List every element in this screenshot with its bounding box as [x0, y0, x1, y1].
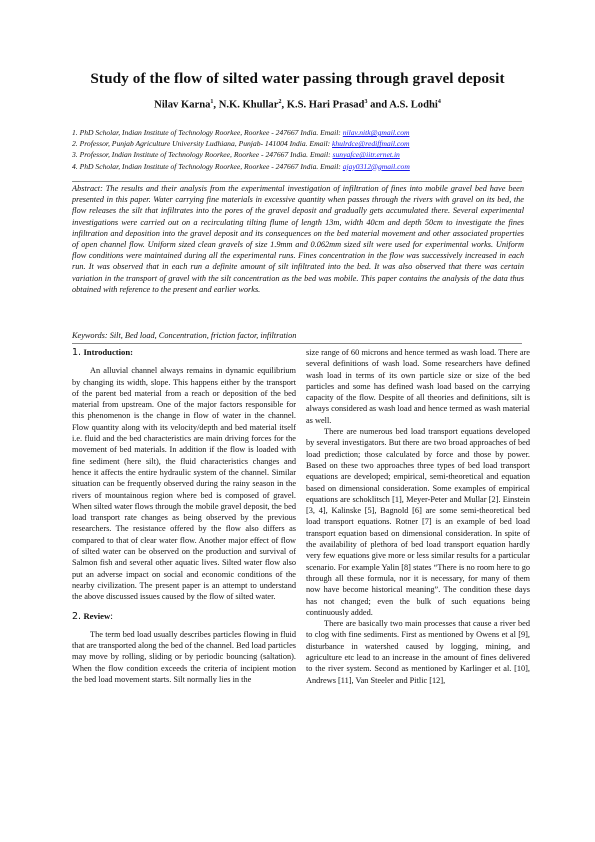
divider-bottom: [72, 343, 522, 344]
keywords: Keywords: Silt, Bed load, Concentration,…: [72, 331, 524, 340]
right-column: size range of 60 microns and hence terme…: [306, 347, 530, 686]
section-heading-introduction: 1. Introduction:: [72, 347, 296, 359]
abstract-label: Abstract:: [72, 184, 103, 193]
divider-top: [72, 181, 522, 182]
section-title: Review: [83, 611, 110, 621]
affiliation-line: 2. Professor, Punjab Agriculture Univers…: [72, 138, 555, 149]
paper-page: Study of the flow of silted water passin…: [0, 0, 595, 842]
abstract-text: The results and their analysis from the …: [72, 184, 524, 294]
section-heading-review: 2. Review:: [72, 611, 296, 623]
affiliation-line: 1. PhD Scholar, Indian Institute of Tech…: [72, 127, 555, 138]
email-link[interactable]: nilav.nitk@gmail.com: [343, 128, 410, 137]
author-name: N.K. Khullar: [219, 100, 279, 111]
affiliation-list: 1. PhD Scholar, Indian Institute of Tech…: [72, 127, 555, 172]
section-title: Introduction:: [83, 347, 133, 357]
affiliation-line: 3. Professor, Indian Institute of Techno…: [72, 149, 555, 160]
section-title-suffix: :: [110, 612, 113, 622]
author-name: Nilav Karna: [154, 100, 210, 111]
affiliation-text: 1. PhD Scholar, Indian Institute of Tech…: [72, 128, 343, 137]
paragraph-continuation: size range of 60 microns and hence terme…: [306, 347, 530, 426]
affiliation-line: 4. PhD Scholar, Indian Institute of Tech…: [72, 161, 555, 172]
paper-title: Study of the flow of silted water passin…: [40, 70, 555, 88]
affiliation-text: 2. Professor, Punjab Agriculture Univers…: [72, 139, 332, 148]
author-affil-mark: 4: [438, 99, 441, 105]
section-number: 1.: [72, 347, 81, 358]
affiliation-text: 4. PhD Scholar, Indian Institute of Tech…: [72, 162, 343, 171]
paragraph: There are basically two main processes t…: [306, 618, 530, 686]
author-separator: and: [367, 100, 389, 111]
left-column: 1. Introduction: An alluvial channel alw…: [72, 347, 296, 685]
author-name: K.S. Hari Prasad: [287, 100, 365, 111]
paragraph: The term bed load usually describes part…: [72, 629, 296, 685]
author-list: Nilav Karna1, N.K. Khullar2, K.S. Hari P…: [40, 99, 555, 111]
abstract: Abstract: The results and their analysis…: [72, 183, 524, 295]
affiliation-text: 3. Professor, Indian Institute of Techno…: [72, 150, 333, 159]
email-link[interactable]: ajay0312@gmail.com: [343, 162, 410, 171]
paragraph: An alluvial channel always remains in dy…: [72, 365, 296, 602]
email-link[interactable]: khulrdce@rediffmail.com: [332, 139, 410, 148]
section-number: 2.: [72, 611, 81, 622]
email-link[interactable]: sunyafce@iitr.ernet.in: [333, 150, 400, 159]
paragraph: There are numerous bed load transport eq…: [306, 426, 530, 618]
author-name: A.S. Lodhi: [389, 100, 438, 111]
